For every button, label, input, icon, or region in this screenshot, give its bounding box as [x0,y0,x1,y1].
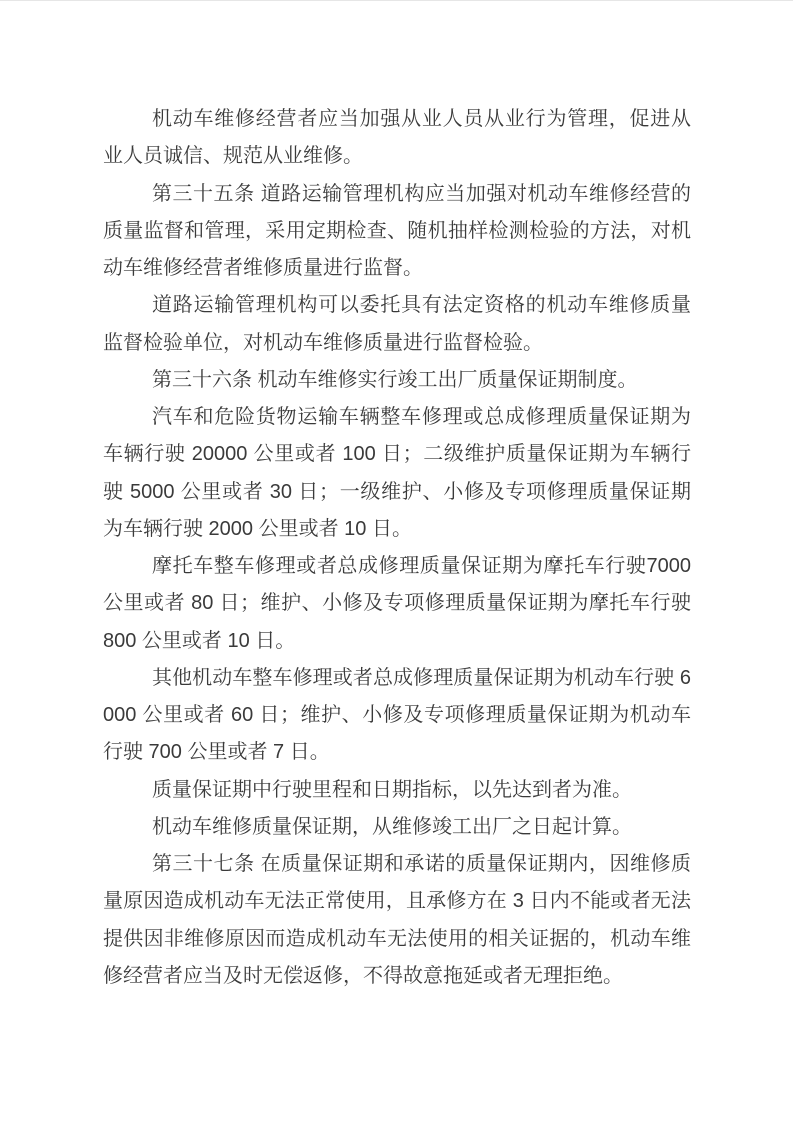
paragraph: 质量保证期中行驶里程和日期指标，以先达到者为准。 [103,772,691,809]
paragraph-article-35: 第三十五条 道路运输管理机构应当加强对机动车维修经营的质量监督和管理，采用定期检… [103,176,691,288]
paragraph: 机动车维修经营者应当加强从业人员从业行为管理，促进从业人员诚信、规范从业维修。 [103,101,691,176]
document-page: 机动车维修经营者应当加强从业人员从业行为管理，促进从业人员诚信、规范从业维修。 … [0,0,793,1122]
paragraph: 机动车维修质量保证期，从维修竣工出厂之日起计算。 [103,809,691,846]
paragraph: 其他机动车整车修理或者总成修理质量保证期为机动车行驶 6000 公里或者 60 … [103,660,691,772]
paragraph: 汽车和危险货物运输车辆整车修理或总成修理质量保证期为车辆行驶 20000 公里或… [103,399,691,548]
paragraph-article-36: 第三十六条 机动车维修实行竣工出厂质量保证期制度。 [103,362,691,399]
paragraph: 摩托车整车修理或者总成修理质量保证期为摩托车行驶7000公里或者 80 日；维护… [103,548,691,660]
paragraph-article-37: 第三十七条 在质量保证期和承诺的质量保证期内，因维修质量原因造成机动车无法正常使… [103,846,691,995]
paragraph: 道路运输管理机构可以委托具有法定资格的机动车维修质量监督检验单位，对机动车维修质… [103,287,691,362]
document-body: 机动车维修经营者应当加强从业人员从业行为管理，促进从业人员诚信、规范从业维修。 … [103,101,691,995]
